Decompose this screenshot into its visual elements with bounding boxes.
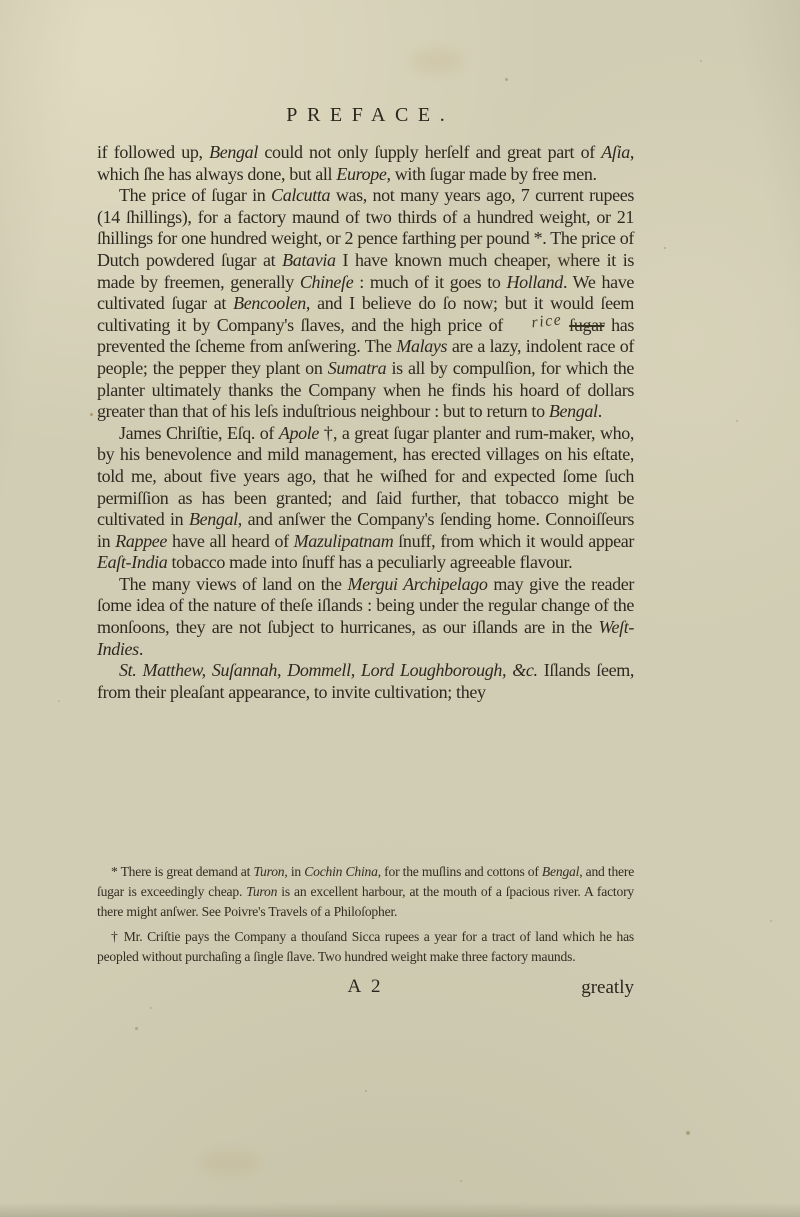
paragraph-continuation: if followed up, Bengal could not only ſu…	[97, 142, 634, 185]
foxing-spot	[135, 1027, 138, 1030]
text-run: : much of it goes to	[353, 272, 506, 292]
proper-noun-italic: Bencoolen	[233, 293, 306, 313]
text-run: could not only ſupply herſelf and great …	[258, 142, 601, 162]
paragraph-james-christie: James Chriſtie, Eſq. of Apole †, a great…	[97, 423, 634, 574]
foxing-spot	[260, 560, 262, 562]
proper-noun-italic: Mazulipatnam	[294, 531, 394, 551]
proper-noun-italic: Sumatra	[328, 358, 387, 378]
paragraph-islands: St. Matthew, Suſannah, Dommell, Lord Lou…	[97, 660, 634, 703]
foxing-spot	[122, 330, 124, 332]
proper-noun-italic: Bengal	[542, 864, 579, 879]
proper-noun-italic: Chineſe	[300, 272, 353, 292]
proper-noun-italic: Holland	[506, 272, 562, 292]
text-run: James Chriſtie, Eſq. of	[119, 423, 279, 443]
text-run: , in	[284, 864, 304, 879]
foxing-spot	[505, 78, 508, 81]
paragraph-sugar-price: The price of ſugar in Calcutta was, not …	[97, 185, 634, 423]
paragraph-mergui: The many views of land on the Mergui Arc…	[97, 574, 634, 660]
proper-noun-italic: Turon	[246, 884, 277, 899]
proper-noun-italic: Apole	[279, 423, 319, 443]
proper-noun-italic: Calcutta	[271, 185, 330, 205]
text-run: .	[598, 401, 602, 421]
paper-stain	[200, 1150, 260, 1176]
text-run: * There is great demand at	[111, 864, 253, 879]
text-run: have all heard of	[167, 531, 294, 551]
proper-noun-italic: Turon	[253, 864, 284, 879]
proper-noun-italic: Bengal	[549, 401, 598, 421]
page-title: PREFACE.	[97, 103, 634, 127]
text-run: tobacco made into ſnuff has a peculiarly…	[167, 552, 572, 572]
foxing-spot	[460, 1180, 462, 1182]
proper-noun-italic: Cochin China	[304, 864, 378, 879]
foxing-spot	[700, 60, 702, 62]
proper-noun-italic: Eaſt-India	[97, 552, 167, 572]
struck-word: ſugar	[569, 315, 604, 335]
main-text: if followed up, Bengal could not only ſu…	[97, 142, 634, 703]
signature-mark: A 2	[97, 976, 634, 998]
footnote-asterisk: * There is great demand at Turon, in Coc…	[97, 862, 634, 922]
foxing-spot	[770, 920, 772, 922]
text-run: † Mr. Criſtie pays the Company a thouſan…	[97, 929, 634, 964]
foxing-spot	[686, 1131, 690, 1135]
proper-noun-italic: Mergui Archipelago	[347, 574, 487, 594]
text-run: .	[139, 639, 143, 659]
catchword: greatly	[581, 977, 634, 999]
foxing-spot	[90, 413, 93, 416]
signature-row: A 2 greatly	[97, 976, 634, 1002]
text-run: The price of ſugar in	[119, 185, 271, 205]
text-run: The many views of land on the	[119, 574, 347, 594]
text-run: , with ſugar made by free men.	[387, 164, 597, 184]
proper-noun-italic: Malays	[396, 336, 447, 356]
foxing-spot	[365, 1090, 367, 1092]
proper-noun-italic: Rappee	[115, 531, 167, 551]
text-run: , for the muſlins and cottons of	[378, 864, 542, 879]
paper-stain	[540, 250, 578, 272]
proper-noun-italic: Aſia	[601, 142, 630, 162]
proper-noun-italic: St. Matthew, Suſannah, Dommell, Lord Lou…	[119, 660, 538, 680]
proper-noun-italic: Batavia	[282, 250, 335, 270]
foxing-spot	[150, 1007, 152, 1009]
book-page: PREFACE. if followed up, Bengal could no…	[0, 0, 800, 1217]
proper-noun-italic: Bengal	[209, 142, 258, 162]
handwritten-annotation: rice	[509, 315, 563, 330]
page-bottom: * There is great demand at Turon, in Coc…	[97, 862, 634, 1002]
proper-noun-italic: Europe	[336, 164, 386, 184]
foxing-spot	[664, 247, 666, 249]
footnotes: * There is great demand at Turon, in Coc…	[97, 862, 634, 967]
footnote-dagger: † Mr. Criſtie pays the Company a thouſan…	[97, 927, 634, 967]
proper-noun-italic: Bengal	[189, 509, 238, 529]
text-run: ſnuff, from which it would appear	[393, 531, 634, 551]
foxing-spot	[736, 420, 738, 422]
text-run: if followed up,	[97, 142, 209, 162]
foxing-spot	[58, 700, 60, 702]
paper-stain	[410, 48, 464, 74]
